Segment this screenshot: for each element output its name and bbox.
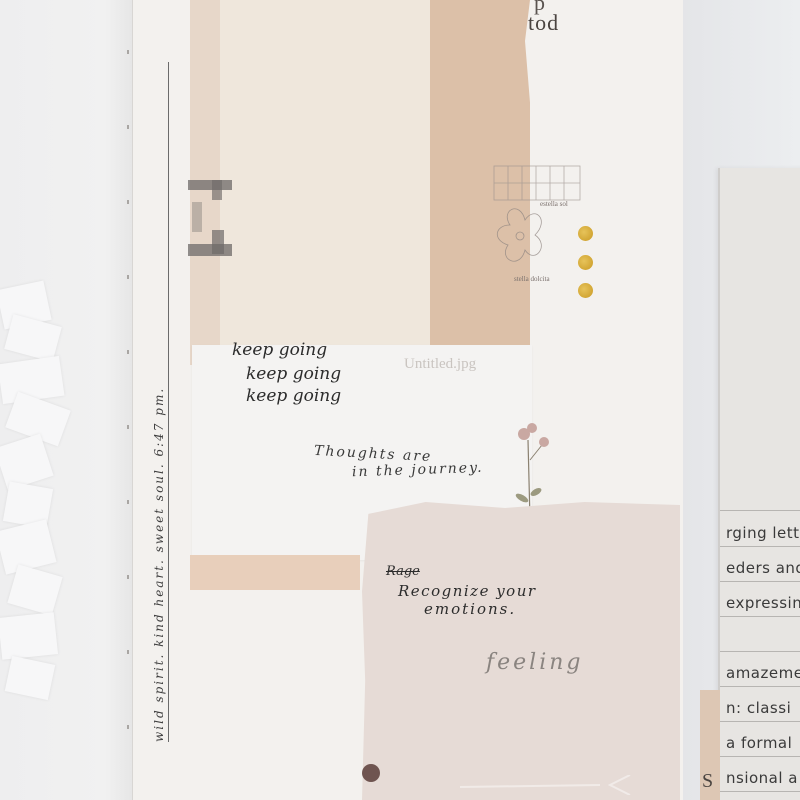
card-rule	[720, 686, 800, 687]
card-text-line: n: classi	[726, 699, 791, 717]
cream-paper-panel	[220, 0, 430, 350]
gold-dot-sticker	[578, 283, 593, 298]
torn-paper-strip	[5, 656, 56, 700]
card-text-line: a formal	[726, 734, 792, 752]
binding-stitch	[127, 425, 129, 429]
left-journal-page	[0, 0, 132, 800]
handwritten-keep-going: keep going	[246, 386, 341, 406]
binding-stitch	[127, 650, 129, 654]
binding-stitch	[127, 725, 129, 729]
handwritten-recognize-line: Recognize your	[398, 582, 537, 600]
stamp-label: stella dolcita	[514, 275, 550, 283]
binding-stitch	[127, 275, 129, 279]
card-rule	[720, 581, 800, 582]
embossed-arrow-icon	[450, 775, 640, 795]
binding-stitch	[127, 125, 129, 129]
card-rule	[720, 546, 800, 547]
binding-stitch	[127, 50, 129, 54]
lined-text-card: rging lett eders and expressin amazemen …	[718, 168, 800, 800]
card-rule	[720, 651, 800, 652]
card-text-line: rging lett	[726, 524, 800, 542]
handwritten-keep-going: keep going	[246, 364, 341, 384]
card-rule	[720, 791, 800, 792]
brown-dot-sticker	[362, 764, 380, 782]
card-text-line: nsional a	[726, 769, 798, 787]
letter-e-stamp-icon	[186, 178, 232, 258]
binding-stitch	[127, 575, 129, 579]
torn-paper-strip	[0, 612, 58, 660]
card-rule	[720, 721, 800, 722]
torn-paper-strip	[7, 564, 62, 615]
printed-fragment-tod: tod	[528, 10, 559, 36]
card-rule	[720, 510, 800, 511]
stamp-label: estella sol	[540, 200, 568, 208]
binding-stitch	[127, 500, 129, 504]
pencil-word-feeling: feeling	[486, 650, 584, 675]
handwritten-keep-going: keep going	[232, 340, 327, 360]
side-fragment: S	[702, 770, 713, 793]
vertical-handwritten-note: wild spirit. kind heart. sweet soul. 6:4…	[152, 387, 166, 742]
card-rule	[720, 756, 800, 757]
crossed-out-word: Rage	[386, 564, 420, 579]
gold-dot-sticker	[578, 226, 593, 241]
card-text-line: eders and	[726, 559, 800, 577]
gold-dot-sticker	[578, 255, 593, 270]
binding-stitch	[127, 200, 129, 204]
card-text-line: expressin	[726, 594, 800, 612]
card-rule	[720, 616, 800, 617]
file-label: Untitled.jpg	[404, 356, 476, 373]
card-text-line: amazemen	[726, 664, 800, 682]
torn-paper-strip	[4, 314, 62, 362]
binding-stitch	[127, 350, 129, 354]
beige-washi-tape-strip	[190, 555, 360, 590]
grid-stamp-icon	[492, 164, 582, 204]
handwritten-recognize-line: emotions.	[424, 600, 516, 618]
vertical-ink-line	[168, 62, 169, 742]
